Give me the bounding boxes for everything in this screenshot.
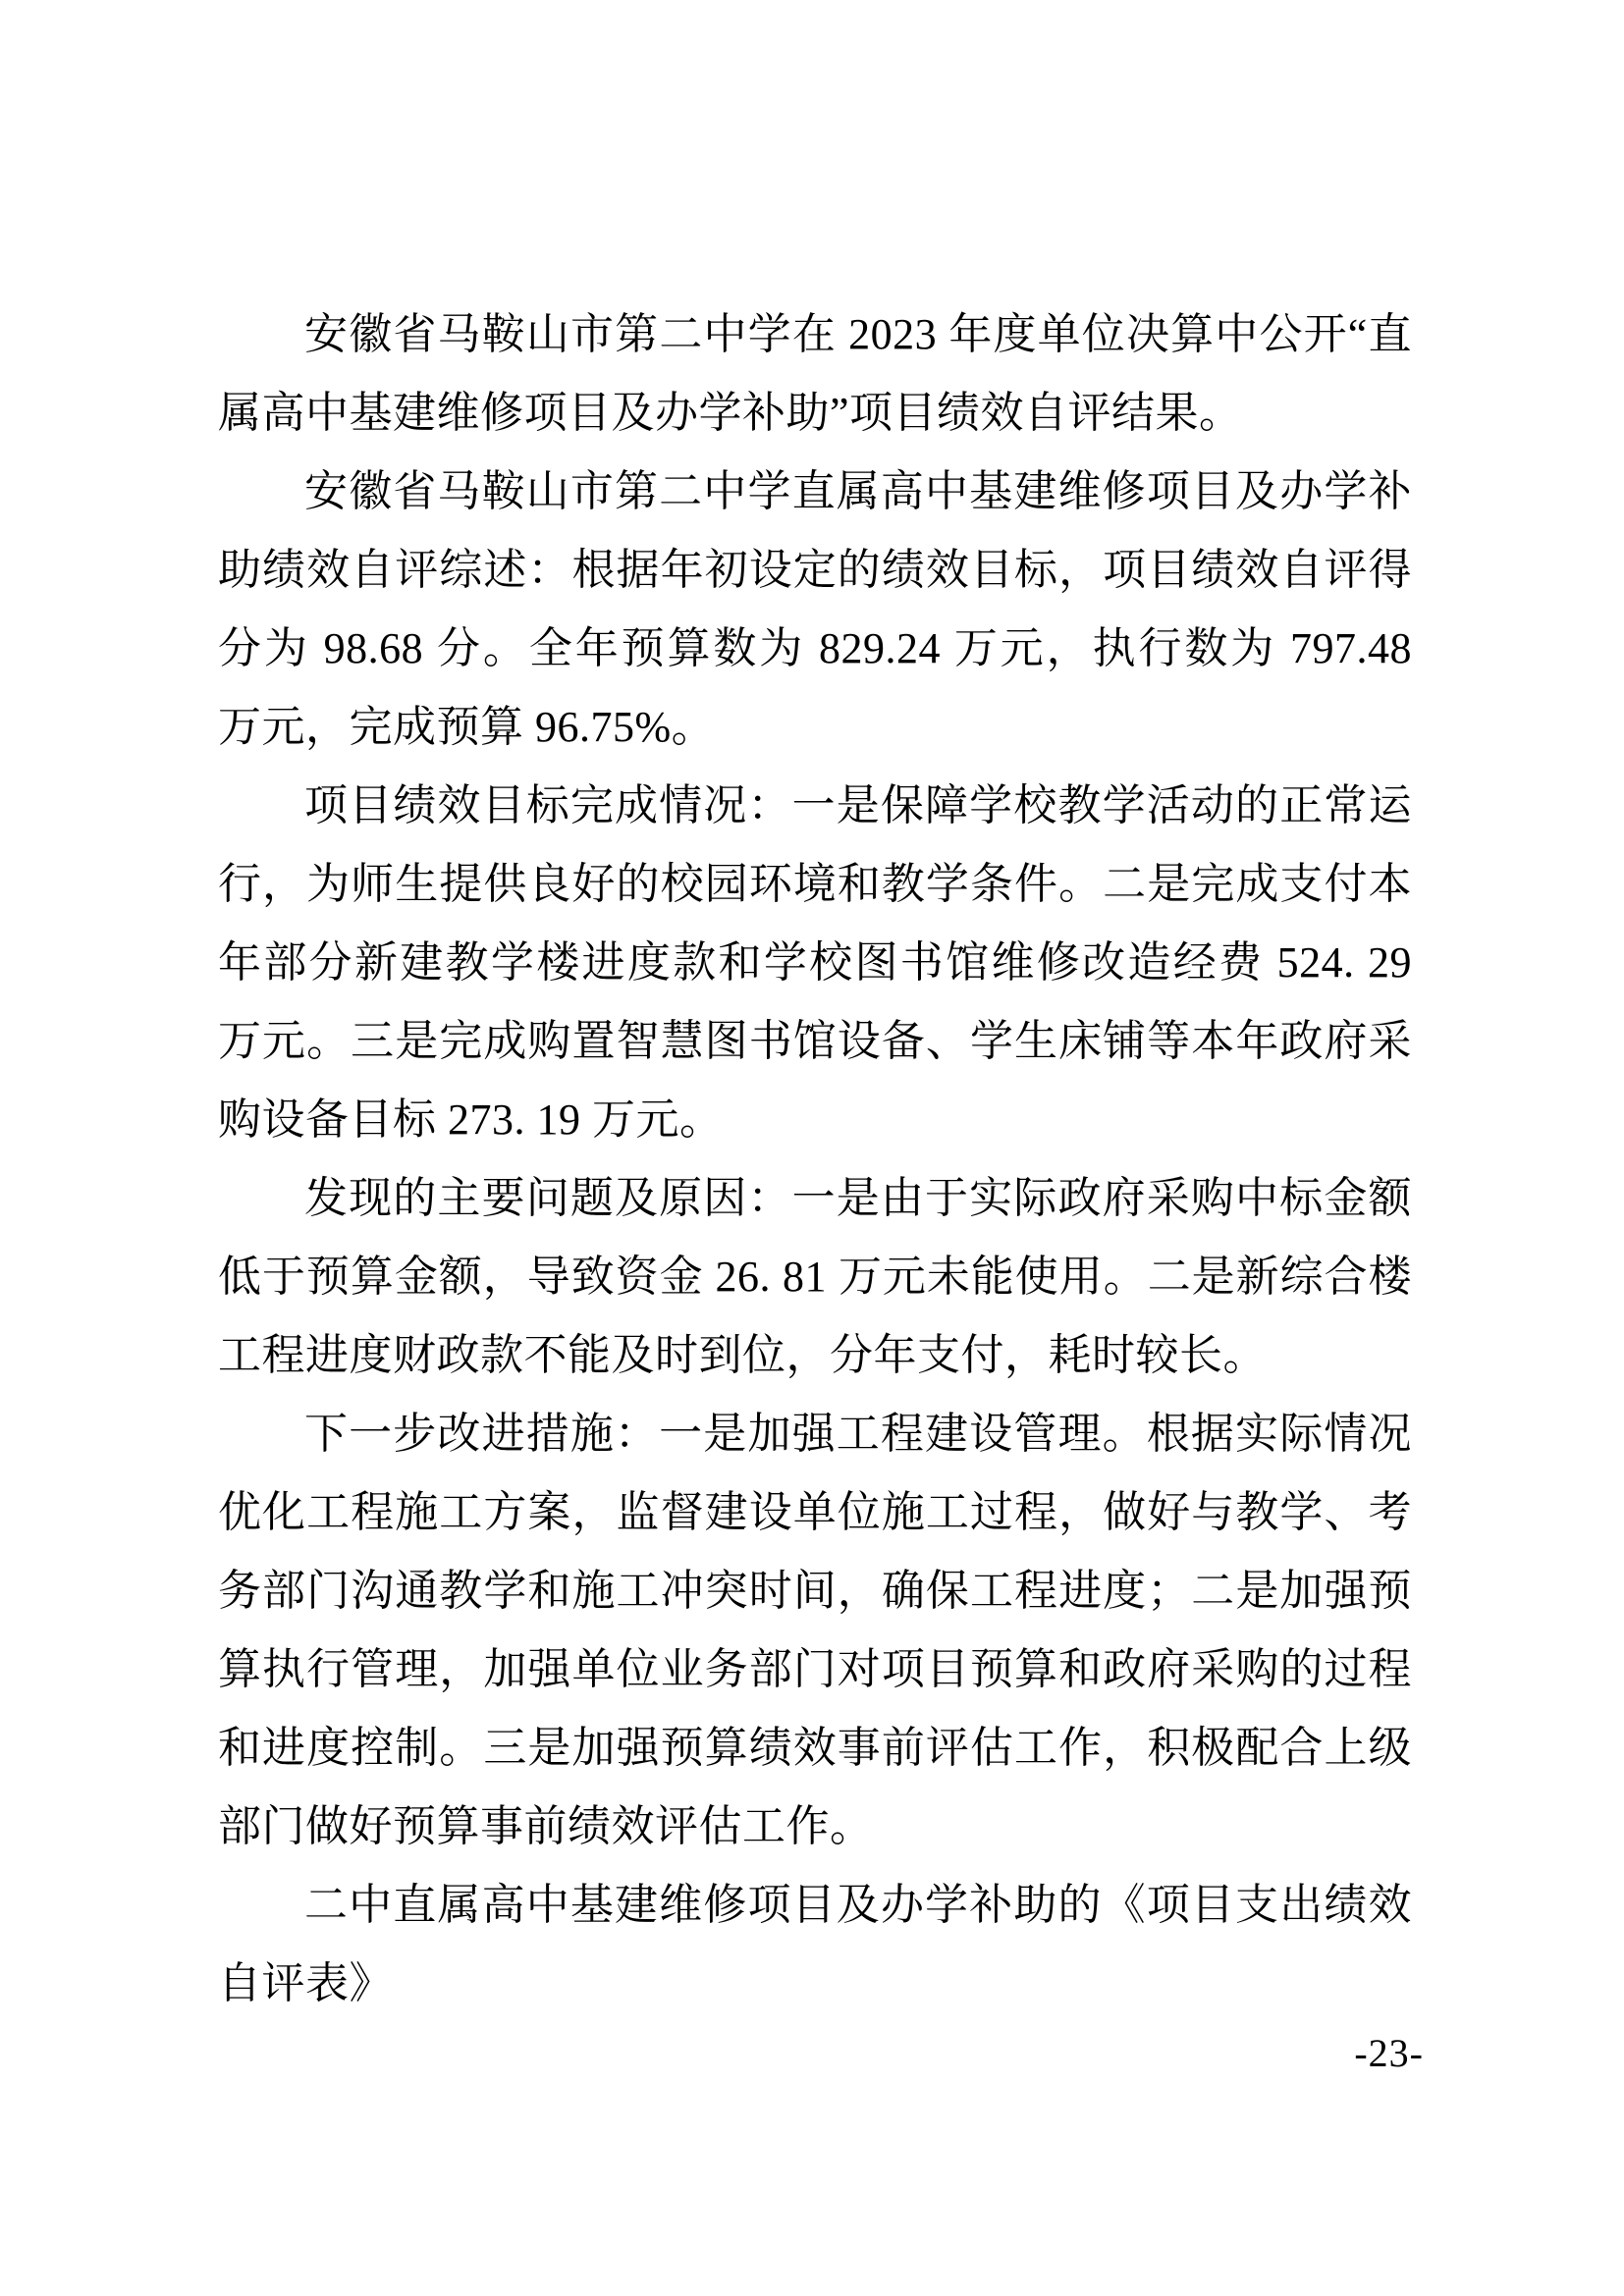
document-page: 安徽省马鞍山市第二中学在 2023 年度单位决算中公开“直属高中基建维修项目及办… [0, 0, 1624, 2296]
paragraph-goal-completion: 项目绩效目标完成情况：一是保障学校教学活动的正常运行，为师生提供良好的校园环境和… [218, 767, 1412, 1159]
paragraph-improvement-measures: 下一步改进措施：一是加强工程建设管理。根据实际情况优化工程施工方案，监督建设单位… [218, 1395, 1412, 1866]
page-number: -23- [1354, 2030, 1424, 2077]
document-body: 安徽省马鞍山市第二中学在 2023 年度单位决算中公开“直属高中基建维修项目及办… [218, 295, 1412, 2023]
paragraph-disclosure-intro: 安徽省马鞍山市第二中学在 2023 年度单位决算中公开“直属高中基建维修项目及办… [218, 295, 1412, 453]
paragraph-self-evaluation-summary: 安徽省马鞍山市第二中学直属高中基建维修项目及办学补助绩效自评综述：根据年初设定的… [218, 453, 1412, 767]
paragraph-problems-and-causes: 发现的主要问题及原因：一是由于实际政府采购中标金额低于预算金额，导致资金 26.… [218, 1159, 1412, 1395]
paragraph-attachment-reference: 二中直属高中基建维修项目及办学补助的《项目支出绩效自评表》 [218, 1866, 1412, 2023]
